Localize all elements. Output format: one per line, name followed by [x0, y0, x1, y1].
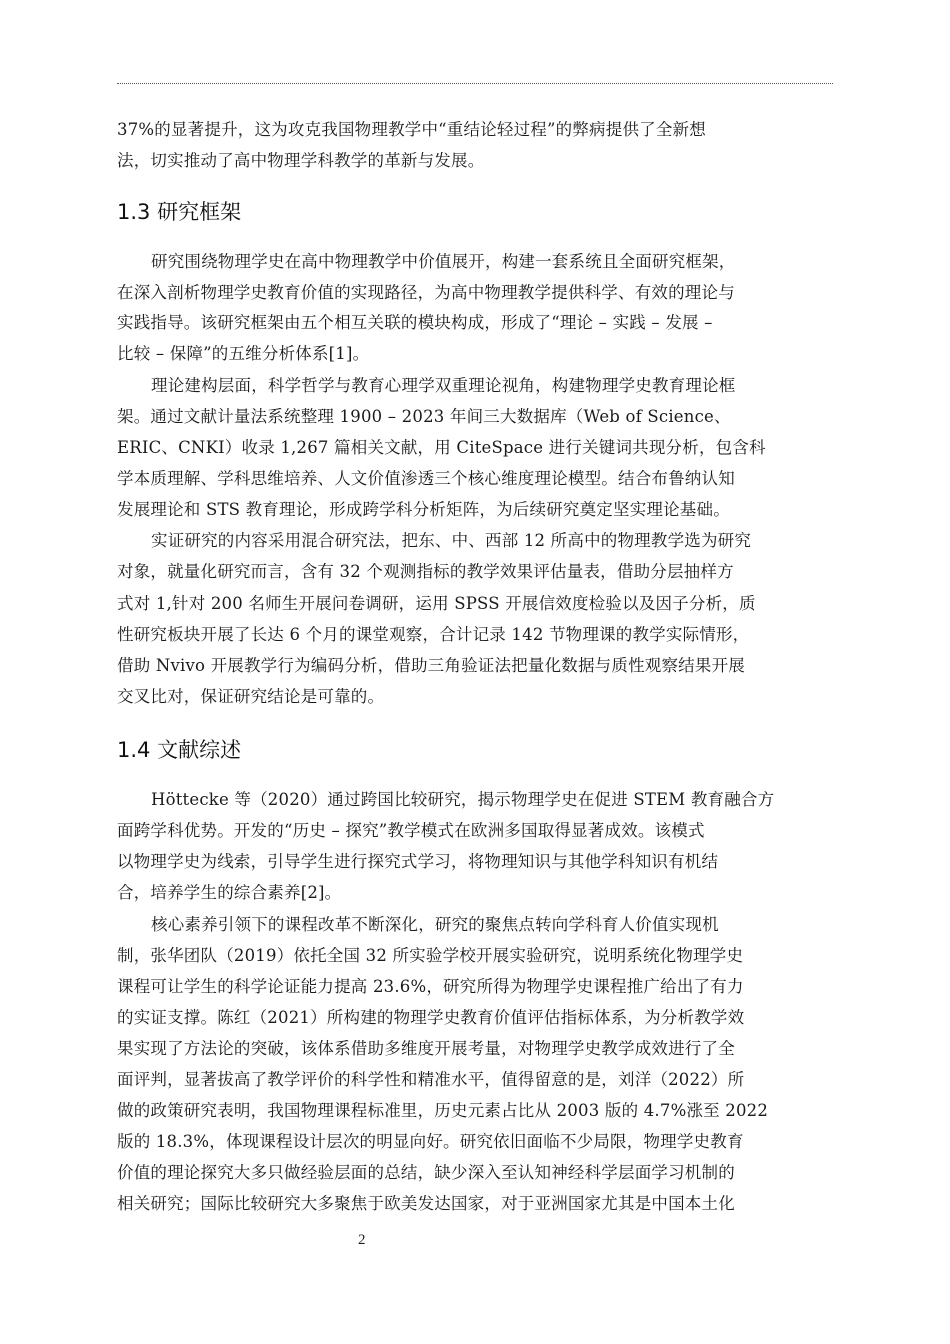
- text-line: 以物理学史为线索，引导学生进行探究式学习，将物理知识与其他学科知识有机结: [117, 846, 837, 877]
- text-line: 式对 1,针对 200 名师生开展问卷调研，运用 SPSS 开展信效度检验以及因…: [117, 588, 837, 619]
- text-line: 版的 18.3%，体现课程设计层次的明显向好。研究依旧面临不少局限，物理学史教育: [117, 1126, 837, 1157]
- text-line: 合，培养学生的综合素养[2]。: [117, 877, 837, 908]
- text-line: 法，切实推动了高中物理学科教学的革新与发展。: [117, 145, 837, 176]
- text-line: 实践指导。该研究框架由五个相互关联的模块构成，形成了“理论 – 实践 – 发展 …: [117, 307, 837, 338]
- text-line: 比较 – 保障”的五维分析体系[1]。: [117, 338, 837, 369]
- text-line: 的实证支撑。陈红（2021）所构建的物理学史教育价值评估指标体系，为分析教学效: [117, 1002, 837, 1033]
- section-heading-1-4: 1.4 文献综述: [117, 733, 241, 767]
- text-line: 借助 Nvivo 开展教学行为编码分析，借助三角验证法把量化数据与质性观察结果开…: [117, 650, 837, 681]
- text-line: 发展理论和 STS 教育理论，形成跨学科分析矩阵，为后续研究奠定坚实理论基础。: [117, 494, 837, 525]
- paragraph-first-line: 实证研究的内容采用混合研究法，把东、中、西部 12 所高中的物理教学选为研究: [151, 525, 871, 556]
- text-line: 价值的理论探究大多只做经验层面的总结，缺少深入至认知神经科学层面学习机制的: [117, 1157, 837, 1188]
- text-line: 在深入剖析物理学史教育价值的实现路径，为高中物理教学提供科学、有效的理论与: [117, 277, 837, 308]
- header-dotted-rule: [117, 83, 833, 84]
- paragraph-first-line: Höttecke 等（2020）通过跨国比较研究，揭示物理学史在促进 STEM …: [151, 784, 871, 815]
- text-line: 面跨学科优势。开发的“历史 – 探究”教学模式在欧洲多国取得显著成效。该模式: [117, 815, 837, 846]
- text-line: 37%的显著提升，这为攻克我国物理教学中“重结论轻过程”的弊病提供了全新想: [117, 114, 837, 145]
- paragraph-first-line: 研究围绕物理学史在高中物理教学中价值展开，构建一套系统且全面研究框架，: [151, 246, 871, 277]
- text-line: 制，张华团队（2019）依托全国 32 所实验学校开展实验研究，说明系统化物理学…: [117, 940, 837, 971]
- text-line: 交叉比对，保证研究结论是可靠的。: [117, 681, 837, 712]
- paragraph-first-line: 核心素养引领下的课程改革不断深化，研究的聚焦点转向学科育人价值实现机: [151, 909, 871, 940]
- text-line: 学本质理解、学科思维培养、人文价值渗透三个核心维度理论模型。结合布鲁纳认知: [117, 463, 837, 494]
- paragraph-first-line: 理论建构层面，科学哲学与教育心理学双重理论视角，构建物理学史教育理论框: [151, 370, 871, 401]
- page-number: 2: [358, 1232, 366, 1249]
- text-line: 性研究板块开展了长达 6 个月的课堂观察，合计记录 142 节物理课的教学实际情…: [117, 619, 837, 650]
- text-line: ERIC、CNKI）收录 1,267 篇相关文献，用 CiteSpace 进行关…: [117, 432, 837, 463]
- text-line: 相关研究；国际比较研究大多聚焦于欧美发达国家，对于亚洲国家尤其是中国本土化: [117, 1188, 837, 1219]
- text-line: 对象，就量化研究而言，含有 32 个观测指标的教学效果评估量表，借助分层抽样方: [117, 556, 837, 587]
- text-line: 果实现了方法论的突破，该体系借助多维度开展考量，对物理学史教学成效进行了全: [117, 1033, 837, 1064]
- text-line: 面评判，显著拔高了教学评价的科学性和精准水平，值得留意的是，刘洋（2022）所: [117, 1064, 837, 1095]
- section-heading-1-3: 1.3 研究框架: [117, 195, 241, 229]
- text-line: 架。通过文献计量法系统整理 1900 – 2023 年间三大数据库（Web of…: [117, 401, 837, 432]
- text-line: 做的政策研究表明，我国物理课程标准里，历史元素占比从 2003 版的 4.7%涨…: [117, 1095, 837, 1126]
- text-line: 课程可让学生的科学论证能力提高 23.6%，研究所得为物理学史课程推广给出了有力: [117, 971, 837, 1002]
